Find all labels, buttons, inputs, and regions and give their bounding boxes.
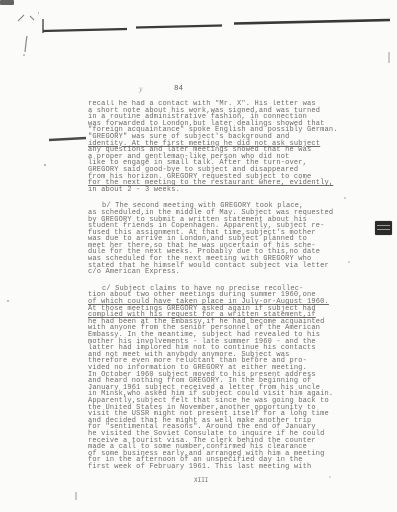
- margin-dash-left: [49, 138, 86, 140]
- scribble-x-mark: [18, 13, 39, 21]
- scribble-dot: [23, 54, 25, 56]
- paragraph: recall he had a contact with "Mr. X". Hi…: [88, 101, 350, 193]
- paragraph: b/ The second meeting with GREGORY took …: [88, 203, 350, 276]
- fold-line-segment-1: [43, 29, 127, 31]
- text-line: in about 2 - 3 weeks.: [88, 187, 350, 194]
- text-line: c/o American Express.: [88, 269, 350, 276]
- handwriting-note: y: [139, 86, 142, 93]
- typewritten-text: recall he had a contact with "Mr. X". Hi…: [88, 101, 350, 480]
- speck-3: [7, 300, 9, 302]
- paragraph: c/ Subject claims to have no precise rec…: [88, 286, 350, 471]
- redaction-stamp-stripe: [377, 229, 390, 230]
- fold-line-segment-2: [136, 26, 222, 28]
- redaction-stamp: [375, 221, 392, 235]
- scanned-document-page: y 84 recall he had a contact with "Mr. X…: [0, 0, 397, 512]
- margin-speck: [44, 164, 46, 166]
- page-number: 84: [174, 85, 183, 93]
- scribble-stroke: [25, 36, 27, 52]
- redaction-stamp-stripe: [377, 225, 390, 226]
- fold-line-segment-3: [234, 20, 390, 24]
- text-line: first week of February 1961. This last m…: [88, 464, 350, 471]
- corner-smudge: [0, 0, 14, 5]
- page-marker-bottom: XIII: [194, 477, 208, 484]
